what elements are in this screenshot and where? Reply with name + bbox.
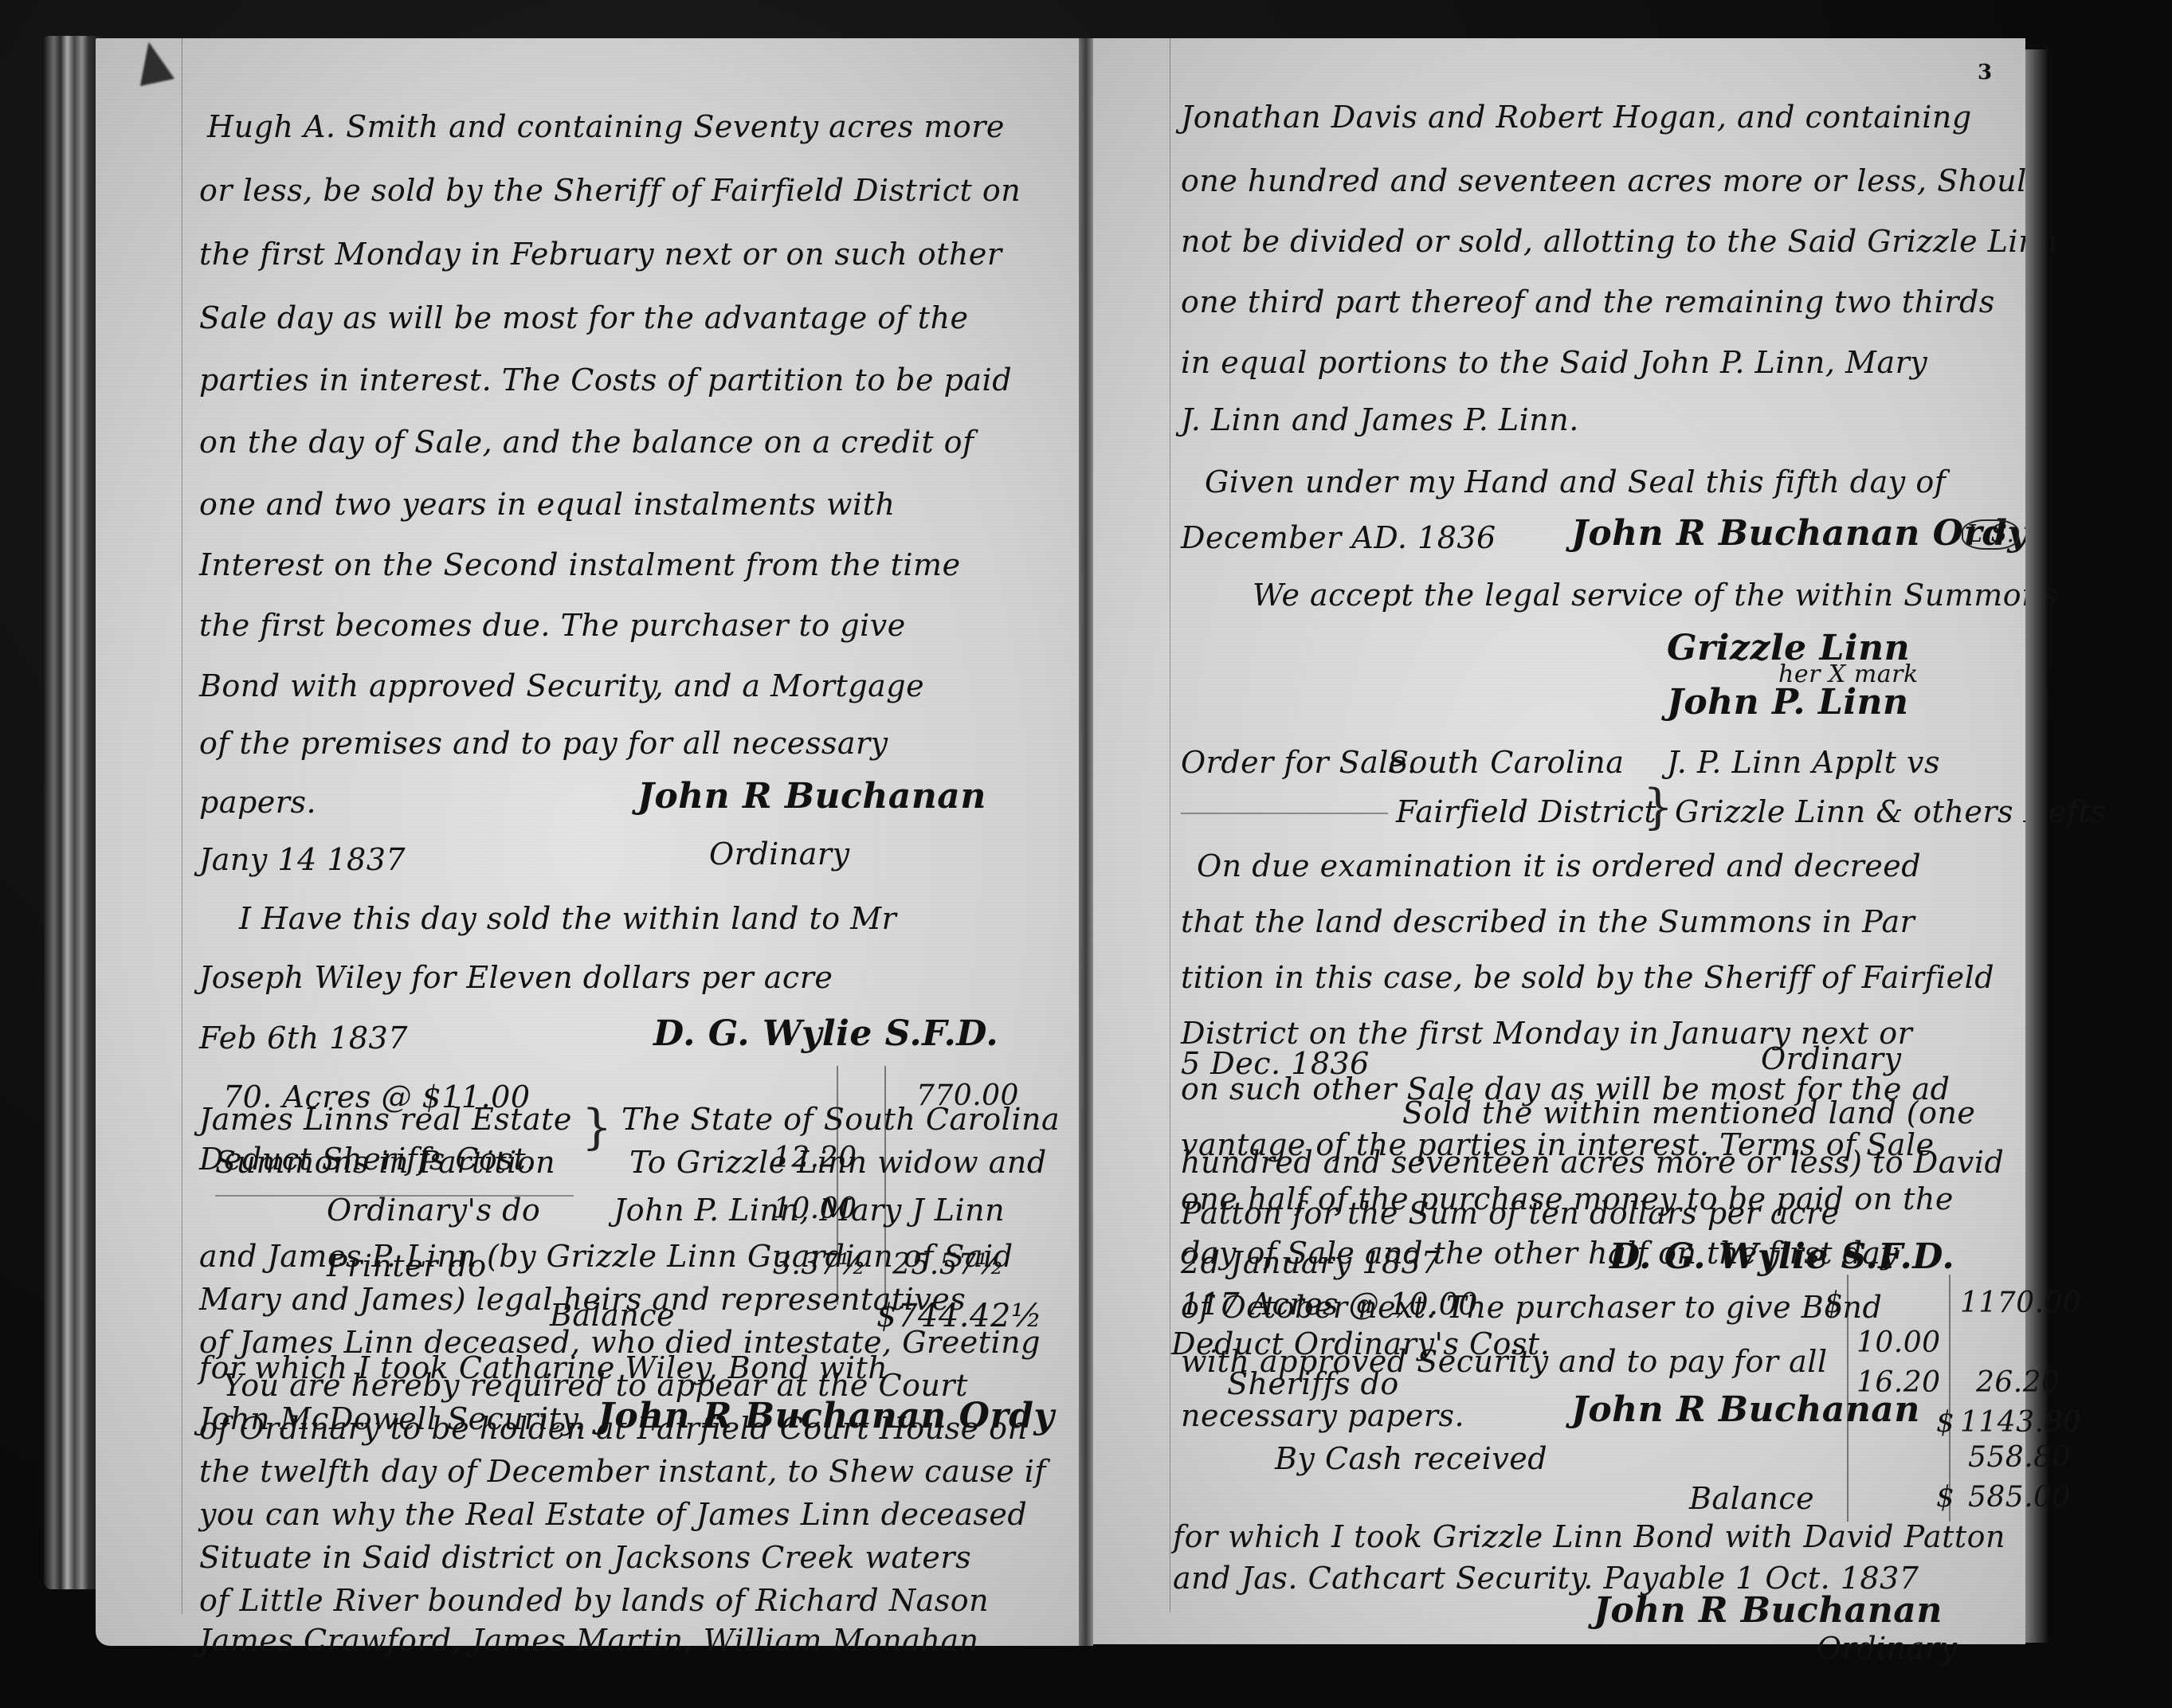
text-line: Joseph Wiley for Eleven dollars per acre xyxy=(199,962,833,993)
text-line: not be divided or sold, allotting to the… xyxy=(1181,226,2058,257)
text-line: We accept the legal service of the withi… xyxy=(1253,580,2057,610)
text-line: Sold the within mentioned land (one xyxy=(1402,1098,1975,1128)
text-line: Given under my Hand and Seal this fifth … xyxy=(1205,467,1946,497)
text-line: and Jas. Cathcart Security. Payable 1 Oc… xyxy=(1173,1563,1919,1593)
book-gutter xyxy=(1079,38,1093,1646)
order-caption-middle: South Carolina xyxy=(1388,747,1624,778)
text-line: Jonathan Davis and Robert Hogan, and con… xyxy=(1181,102,1972,132)
text-line: papers. xyxy=(199,787,316,817)
text-line: one and two years in equal instalments w… xyxy=(199,489,895,519)
text-line: one third part thereof and the remaining… xyxy=(1181,287,1995,317)
text-line: the first Monday in February next or on … xyxy=(199,239,1002,269)
ledger-column-rule xyxy=(1847,1275,1849,1522)
caption-underline xyxy=(1181,813,1388,814)
left-page: Hugh A. Smith and containing Seventy acr… xyxy=(96,38,1080,1646)
right-page: 3 Jonathan Davis and Robert Hogan, and c… xyxy=(1093,38,2025,1644)
text-line: J. Linn and James P. Linn. xyxy=(1181,405,1579,435)
signature-john-linn: John P. Linn xyxy=(1667,685,1909,720)
text-line: Hugh A. Smith and containing Seventy acr… xyxy=(207,112,1005,142)
text-line: Interest on the Second instalment from t… xyxy=(199,550,961,580)
brace: } xyxy=(1643,779,1673,835)
margin-rule xyxy=(182,38,182,1614)
text-line: On due examination it is ordered and dec… xyxy=(1197,851,1921,881)
ledger-currency: $ xyxy=(1825,1289,1843,1318)
text-line: the twelfth day of December instant, to … xyxy=(199,1456,1046,1487)
seal-ls: L.S. xyxy=(1962,519,2019,550)
date: 5 Dec. 1836 xyxy=(1181,1048,1370,1079)
date: Jany 14 1837 xyxy=(199,844,406,875)
text-line: parties in interest. The Costs of partit… xyxy=(199,365,1012,395)
ledger-row-total: 558.80 xyxy=(1968,1444,2071,1472)
page-number: 3 xyxy=(1978,61,1992,84)
case-caption-right: To Grizzle Linn widow and xyxy=(629,1147,1047,1177)
text-line: Patton for the Sum of ten dollars per ac… xyxy=(1181,1198,1840,1228)
case-caption-left: Summons in Partition xyxy=(215,1147,555,1177)
paper-corner-tab xyxy=(131,38,174,86)
text-line: James Crawford, James Martin, William Mo… xyxy=(199,1625,979,1655)
text-line: or less, be sold by the Sheriff of Fairf… xyxy=(199,175,1021,206)
text-line: of the premises and to pay for all neces… xyxy=(199,728,888,758)
text-line: that the land described in the Summons i… xyxy=(1181,907,1915,937)
text-line: of James Linn deceased, who died intesta… xyxy=(199,1327,1041,1357)
margin-rule xyxy=(1170,38,1170,1612)
text-line: I Have this day sold the within land to … xyxy=(239,903,896,934)
signature-wylie: D. G. Wylie S.F.D. xyxy=(1609,1240,1954,1275)
text-line: the first becomes due. The purchaser to … xyxy=(199,610,906,640)
text-line: of Little River bounded by lands of Rich… xyxy=(199,1585,989,1616)
text-line: necessary papers. xyxy=(1181,1400,1464,1431)
text-line: You are hereby required to appear at the… xyxy=(223,1370,968,1400)
signature-buchanan: John R Buchanan xyxy=(1594,1593,1943,1628)
date: December AD. 1836 xyxy=(1181,523,1496,553)
date: 2d January 1837 xyxy=(1181,1248,1441,1278)
ledger-currency: $ xyxy=(1936,1408,1954,1437)
case-caption-right: The State of South Carolina xyxy=(621,1104,1060,1134)
book-binding-left xyxy=(44,36,100,1589)
case-caption-right: John P. Linn, Mary J Linn xyxy=(614,1195,1005,1225)
text-line: and James P. Linn (by Grizzle Linn Guard… xyxy=(199,1241,1013,1271)
text-line: for which I took Grizzle Linn Bond with … xyxy=(1173,1522,2005,1552)
ledger-currency: $ xyxy=(1936,1483,1954,1512)
text-line: you can why the Real Estate of James Lin… xyxy=(199,1499,1027,1530)
brace: } xyxy=(582,1099,612,1155)
text-line: Sale day as will be most for the advanta… xyxy=(199,303,969,333)
title-ordinary: Ordinary xyxy=(1817,1633,1958,1663)
ledger-row-label: Deduct Ordinary's Cost. xyxy=(1171,1329,1550,1359)
signature-buchanan: John R Buchanan Ordy xyxy=(1571,516,2028,551)
ledger-row-total: 1143.80 xyxy=(1960,1408,2081,1437)
text-line: in equal portions to the Said John P. Li… xyxy=(1181,347,1927,378)
title-ordinary: Ordinary xyxy=(709,839,850,869)
ledger-row-label: By Cash received xyxy=(1275,1444,1547,1474)
text-line: of Ordinary to be holden at Fairfield Co… xyxy=(199,1413,1028,1444)
text-line: hundred and seventeen acres more or less… xyxy=(1181,1147,2004,1177)
date: Feb 6th 1837 xyxy=(199,1023,408,1053)
order-caption-right: J. P. Linn Applt vs xyxy=(1667,747,1940,778)
signature-buchanan: John R Buchanan xyxy=(637,779,986,814)
ledger-row-total: 1170.00 xyxy=(1960,1289,2081,1318)
ledger-row-sub: 16.20 xyxy=(1856,1369,1941,1397)
ledger-row-label: Ordinary's do xyxy=(327,1195,540,1225)
ledger-balance-value: 585.00 xyxy=(1968,1483,2071,1512)
ledger-row-total: 26.20 xyxy=(1976,1369,2060,1397)
text-line: Situate in Said district on Jacksons Cre… xyxy=(199,1542,971,1573)
text-line: one hundred and seventeen acres more or … xyxy=(1181,166,2047,196)
text-line: tition in this case, be sold by the Sher… xyxy=(1181,962,1994,993)
case-caption-left: James Linns real Estate xyxy=(199,1104,572,1134)
ledger-balance-label: Balance xyxy=(1689,1483,1814,1514)
text-line: on the day of Sale, and the balance on a… xyxy=(199,427,974,457)
ledger-row-label: 117 Acres @ 10.00 xyxy=(1181,1289,1478,1319)
order-caption-middle: Fairfield District xyxy=(1396,797,1656,827)
text-line: Mary and James) legal heirs and represen… xyxy=(199,1284,966,1314)
ledger-row-label: Sheriffs do xyxy=(1227,1369,1399,1399)
signature-wylie: D. G. Wylie S.F.D. xyxy=(653,1017,998,1052)
title-ordinary: Ordinary xyxy=(1761,1044,1902,1074)
book-right-edge xyxy=(2025,49,2048,1643)
text-line: Bond with approved Security, and a Mortg… xyxy=(199,671,924,701)
ledger-row-sub: 10.00 xyxy=(1856,1329,1941,1357)
caption-underline xyxy=(215,1195,574,1197)
order-caption-left: Order for Sale. xyxy=(1181,747,1417,778)
